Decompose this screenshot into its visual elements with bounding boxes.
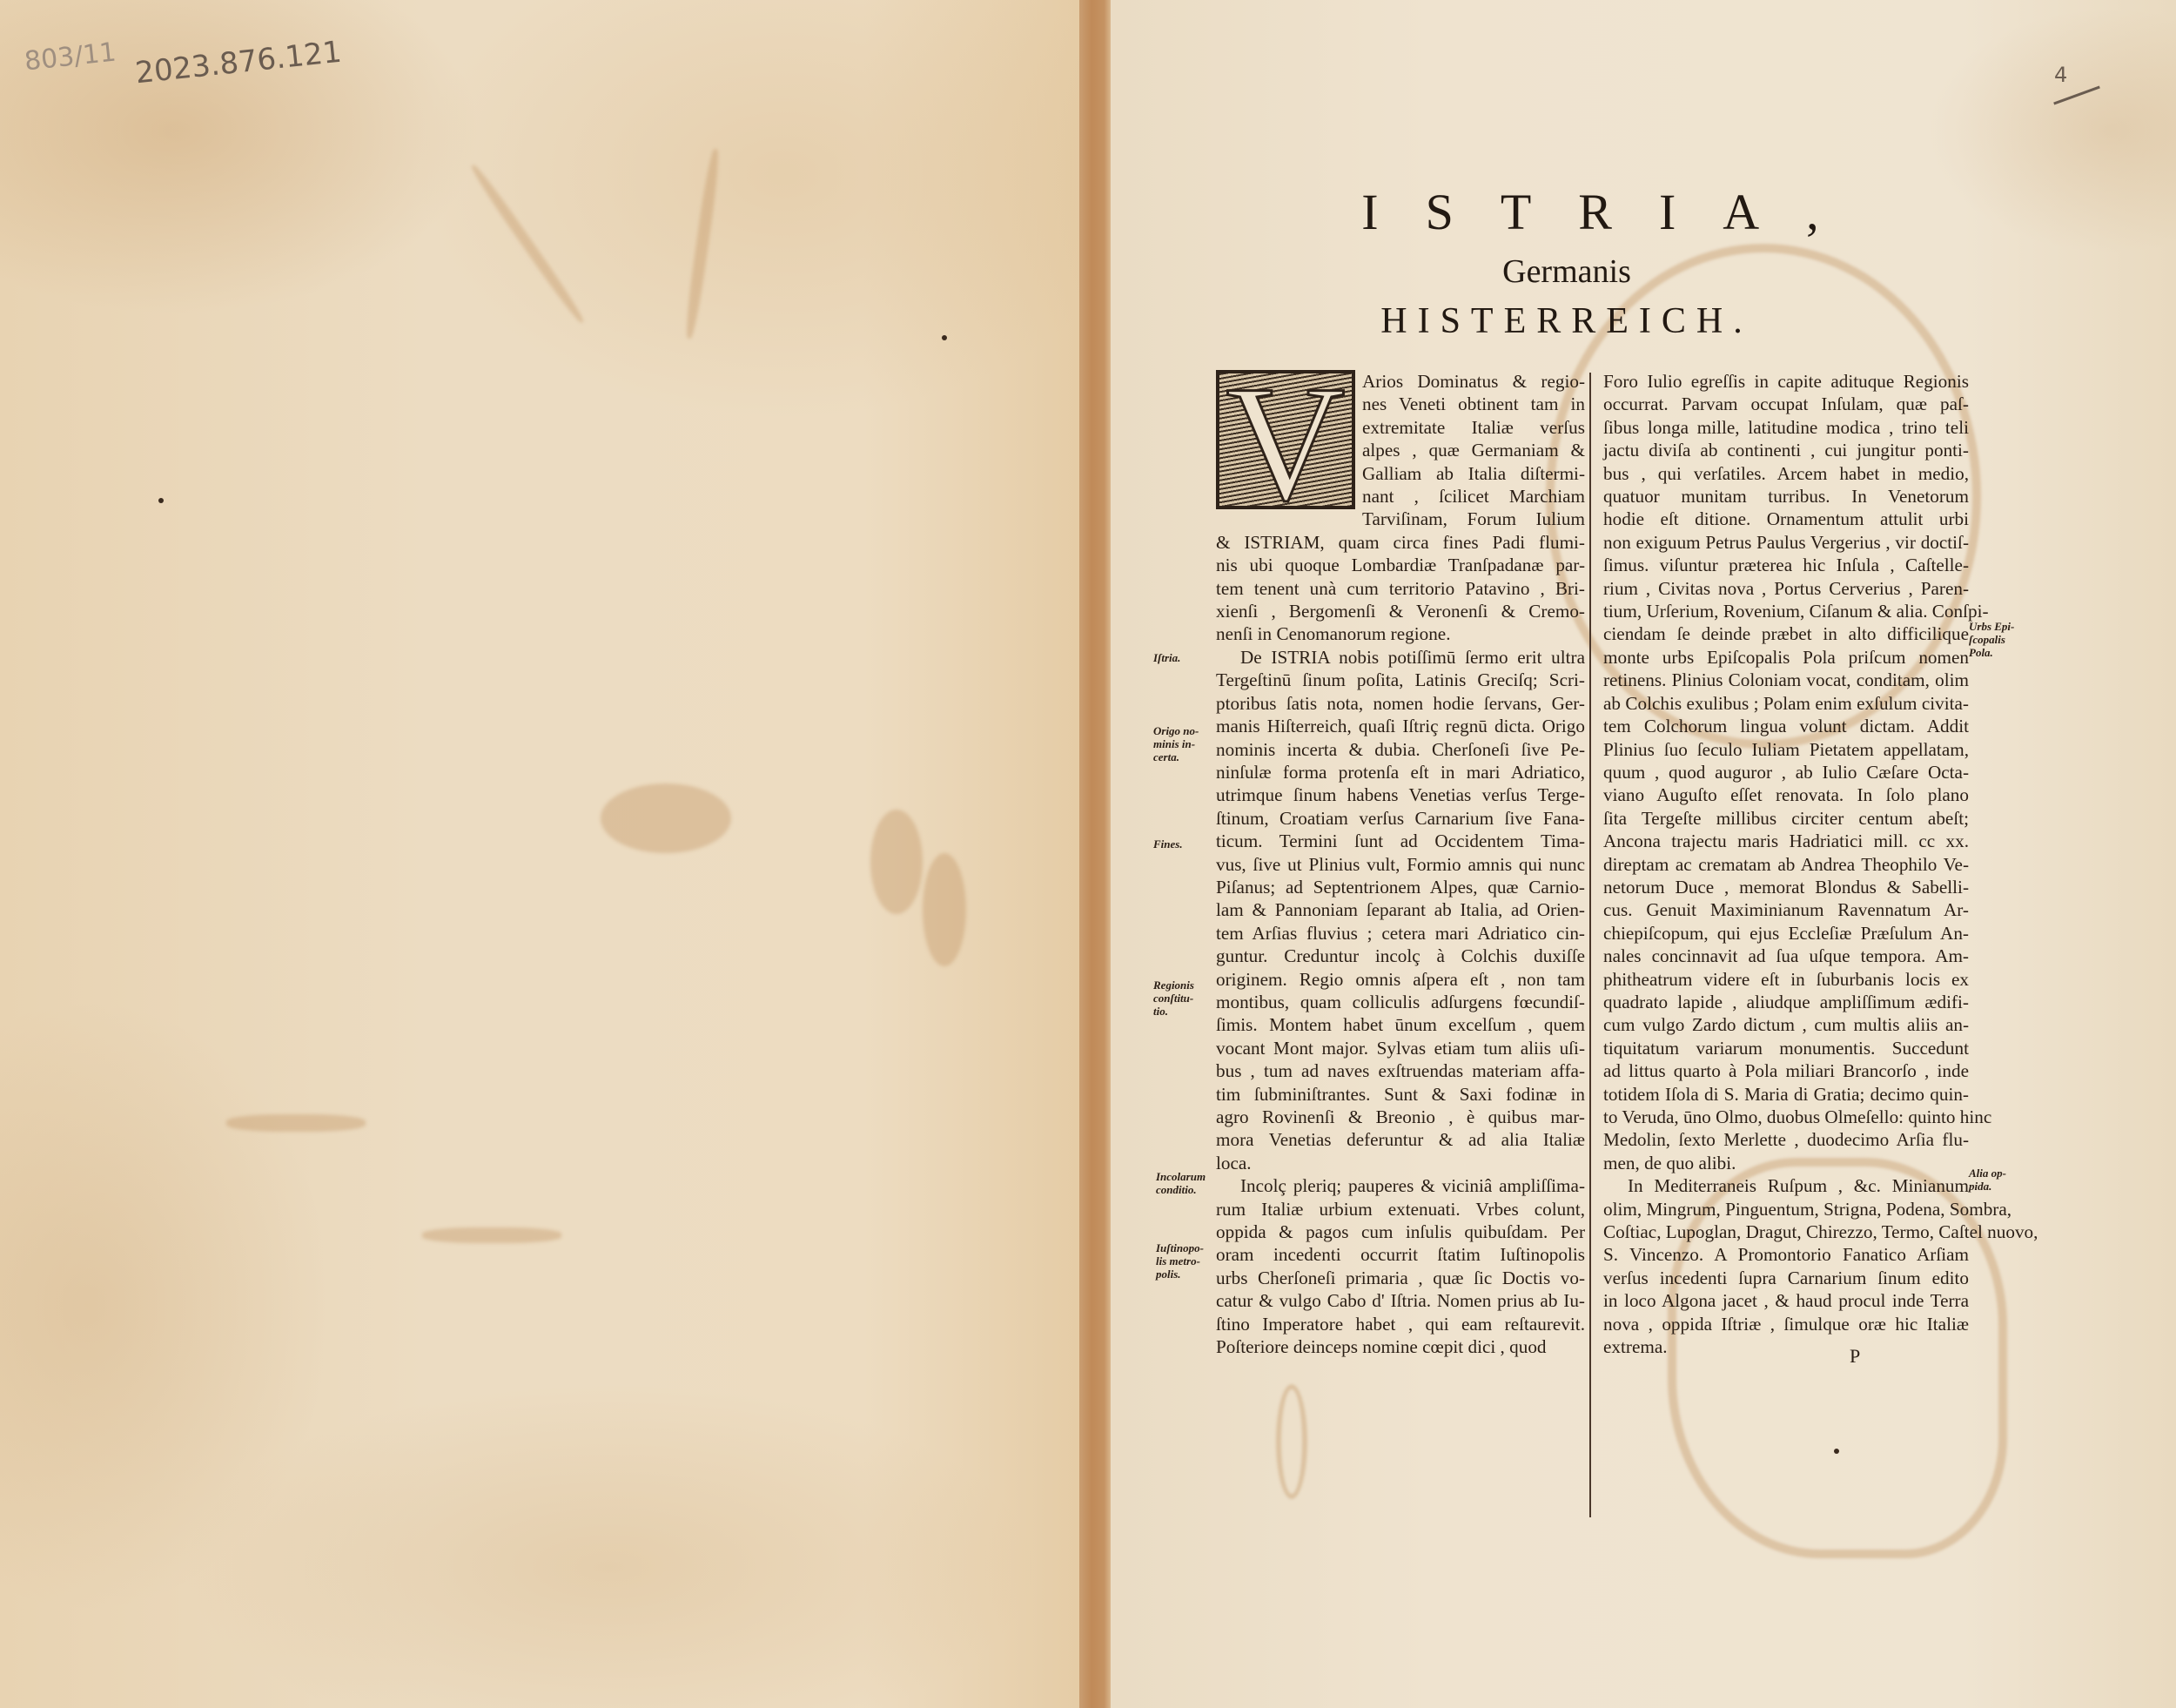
text-line: nova , oppida Iſtriæ , ſimulque oræ hic … <box>1603 1313 1969 1335</box>
text-line: ab Colchis exulibus ; Polam enim exſulum… <box>1603 692 1969 715</box>
decorated-initial: V <box>1216 370 1355 509</box>
text-line: catur & vulgo Cabo d' Iſtria. Nomen priu… <box>1216 1289 1585 1312</box>
text-line: men, de quo alibi. <box>1603 1152 1969 1174</box>
text-line: direptam ac crematam ab Andrea Theophilo… <box>1603 853 1969 876</box>
text-line: jactu diviſa ab continenti , cui jungitu… <box>1603 439 1969 461</box>
water-stain <box>870 810 923 914</box>
left-page-verso <box>0 0 1079 1708</box>
signature-mark: P <box>1850 1345 1860 1368</box>
text-line: mora Venetias deferuntur & ad alia Itali… <box>1216 1128 1585 1151</box>
folio-mark: 4 <box>2054 63 2067 87</box>
water-stain <box>683 148 722 340</box>
text-line: olim, Mingrum, Pinguentum, Strigna, Pode… <box>1603 1198 1969 1220</box>
text-line: monte urbs Epiſcopalis Pola priſcum nome… <box>1603 646 1969 669</box>
paragraph-iustinopolis-pola: Foro Iulio egreſſis in capite adituque R… <box>1603 370 1969 1174</box>
text-line: ad littus quarto à Pola miliari Brancorſ… <box>1603 1059 1969 1082</box>
text-line: quum , quod auguror , ab Iulio Cæſare Oc… <box>1603 761 1969 783</box>
column-divider <box>1589 373 1591 1517</box>
text-line: ſtinum, Croatiam verſus Carnarium ſive F… <box>1216 807 1585 830</box>
text-line: Ancona trajectu maris Hadriatici mill. c… <box>1603 830 1969 852</box>
text-line: bus , tum ad naves exſtruendas materiam … <box>1216 1059 1585 1082</box>
text-line: ſimis. Montem habet ūnum excelſum , quem <box>1216 1013 1585 1036</box>
text-line: to Veruda, ūno Olmo, duobus Olmeſello: q… <box>1603 1106 1969 1128</box>
text-line: rium , Civitas nova , Portus Cerverius ,… <box>1603 577 1969 600</box>
text-line: hodie eſt ditione. Ornamentum attulit ur… <box>1603 508 1969 530</box>
text-line: nales concinnavit ad ſua uſque tempora. … <box>1603 945 1969 967</box>
text-line: totidem Iſola di S. Maria di Gratia; dec… <box>1603 1083 1969 1106</box>
text-line: rum Italiæ urbium extenuati. Vrbes colun… <box>1216 1198 1585 1220</box>
page-subtitle: Germanis <box>1184 252 1950 291</box>
text-line: extrema. <box>1603 1335 1969 1358</box>
text-line: Piſanus; ad Septentrionem Alpes, quæ Car… <box>1216 876 1585 898</box>
binding-gutter <box>1079 0 1111 1708</box>
page-title: ISTRIA, <box>1184 183 1997 241</box>
page-alt-title: HISTERREICH. <box>1184 300 1950 342</box>
margin-note-line: conſtitu- <box>1153 992 1194 1005</box>
water-stain <box>468 162 587 325</box>
margin-note-line: Iuſtinopo- <box>1156 1241 1204 1254</box>
text-line: ſibus longa mille, latitudine modica , t… <box>1603 416 1969 439</box>
text-line: Medolin, ſexto Merlette , duodecimo Arſi… <box>1603 1128 1969 1151</box>
text-line: ciendam ſe deinde præbet in alto diffici… <box>1603 622 1969 645</box>
text-line: tem tenent unà cum territorio Patavino ,… <box>1216 577 1585 600</box>
margin-note-line: Iſtria. <box>1153 651 1180 664</box>
text-line: lam & Pannoniam ſeparant ab Italia, ad O… <box>1216 898 1585 921</box>
margin-note-line: certa. <box>1153 750 1199 763</box>
text-line: non exiguum Petrus Paulus Vergerius , vi… <box>1603 531 1969 554</box>
text-line: nenſi in Cenomanorum regione. <box>1216 622 1585 645</box>
text-line: Coſtiac, Lupoglan, Dragut, Chirezzo, Ter… <box>1603 1220 1969 1243</box>
text-line: De ISTRIA nobis potiſſimū ſermo erit ult… <box>1216 646 1585 669</box>
margin-note-line: ſcopalis <box>1969 633 2014 646</box>
text-line: xienſi , Bergomenſi & Veronenſi & Cremo- <box>1216 600 1585 622</box>
margin-note-line: Urbs Epi- <box>1969 620 2014 633</box>
dropcap-letter: V <box>1219 373 1352 506</box>
margin-note-regionis: Regionisconſtitu-tio. <box>1153 978 1194 1018</box>
text-line: Poſteriore deinceps nomine cœpit dici , … <box>1216 1335 1585 1358</box>
text-line: verſus incedenti ſupra Carnarium ſinum e… <box>1603 1267 1969 1289</box>
margin-note-iustinopolis: Iuſtinopo-lis metro-polis. <box>1156 1241 1204 1281</box>
margin-note-line: Alia op- <box>1969 1167 2006 1180</box>
water-stain <box>601 783 731 853</box>
text-line: Tergeſtinū ſinum poſita, Latinis Greciſq… <box>1216 669 1585 691</box>
left-text-column: V Arios Dominatus & regio- nes Veneti ob… <box>1216 370 1585 1358</box>
text-line: nominis incerta & dubia. Cherſoneſi ſive… <box>1216 738 1585 761</box>
text-line: vocant Mont major. Sylvas etiam tum alii… <box>1216 1037 1585 1059</box>
ink-speck <box>1834 1449 1839 1454</box>
margin-note-pola: Urbs Epi-ſcopalisPola. <box>1969 620 2014 659</box>
text-line: ſita Tergeſte millibus circiter centum a… <box>1603 807 1969 830</box>
text-line: viano Auguſto eſſet renovata. In ſolo pl… <box>1603 783 1969 806</box>
text-line: Foro Iulio egreſſis in capite adituque R… <box>1603 370 1969 393</box>
margin-note-line: minis in- <box>1153 737 1199 750</box>
text-line: vus, ſive ut Plinius vult, Formio amnis … <box>1216 853 1585 876</box>
text-line: In Mediterraneis Ruſpum , &c. Minianum <box>1603 1174 1969 1197</box>
margin-note-istria: Iſtria. <box>1153 651 1180 664</box>
margin-note-incolarum: Incolarumconditio. <box>1156 1170 1206 1196</box>
text-line: bus , qui verſatiles. Arcem habet in med… <box>1603 462 1969 485</box>
ink-speck <box>158 498 164 503</box>
text-line: cus. Genuit Maximinianum Ravennatum Ar- <box>1603 898 1969 921</box>
paragraph-incolae: Incolç pleriq; pauperes & viciniâ ampliſ… <box>1216 1174 1585 1358</box>
margin-note-line: Regionis <box>1153 978 1194 992</box>
margin-note-origo: Origo no-minis in-certa. <box>1153 724 1199 763</box>
text-line: ptoribus ſatis nota, nomen hodie ſervans… <box>1216 692 1585 715</box>
margin-note-line: lis metro- <box>1156 1254 1204 1268</box>
margin-note-line: tio. <box>1153 1005 1194 1018</box>
paragraph-de-istria: De ISTRIA nobis potiſſimū ſermo erit ult… <box>1216 646 1585 1174</box>
margin-note-alia: Alia op-pida. <box>1969 1167 2006 1193</box>
text-line: tium, Urſerium, Rovenium, Ciſanum & alia… <box>1603 600 1969 622</box>
text-line: Plinius ſuo ſeculo Iuliam Pietatem appel… <box>1603 738 1969 761</box>
margin-note-line: Pola. <box>1969 646 2014 659</box>
text-line: netorum Duce , memorat Blondus & Sabelli… <box>1603 876 1969 898</box>
text-line: montibus, quam colliculis adſurgens fœcu… <box>1216 991 1585 1013</box>
text-line: ninſulæ forma protenſa eſt in mari Adria… <box>1216 761 1585 783</box>
paragraph-mediterraneis: In Mediterraneis Ruſpum , &c. Minianumol… <box>1603 1174 1969 1358</box>
margin-note-fines: Fines. <box>1153 837 1183 851</box>
water-stain <box>1276 1384 1307 1499</box>
margin-note-line: conditio. <box>1156 1183 1206 1196</box>
text-line: retinens. Plinius Coloniam vocat, condit… <box>1603 669 1969 691</box>
margin-note-line: polis. <box>1156 1268 1204 1281</box>
text-line: quatuor munitam turribus. In Venetorum <box>1603 485 1969 508</box>
text-line: originem. Regio omnis aſpera eſt , non t… <box>1216 968 1585 991</box>
text-line: Incolç pleriq; pauperes & viciniâ ampliſ… <box>1216 1174 1585 1197</box>
margin-note-line: pida. <box>1969 1180 2006 1193</box>
ink-speck <box>942 335 947 340</box>
right-text-column: Foro Iulio egreſſis in capite adituque R… <box>1603 370 1969 1358</box>
text-line: nis ubi quoque Lombardiæ Tranſpadanæ par… <box>1216 554 1585 576</box>
water-stain <box>422 1227 561 1243</box>
margin-note-line: Origo no- <box>1153 724 1199 737</box>
text-line: tiquitatum variarum monumentis. Succedun… <box>1603 1037 1969 1059</box>
text-line: cum vulgo Zardo dictum , cum multis alii… <box>1603 1013 1969 1036</box>
text-line: tem Arſias fluvius ; cetera mari Adriati… <box>1216 922 1585 945</box>
text-line: phitheatrum videre eſt in ſuburbanis loc… <box>1603 968 1969 991</box>
text-line: manis Hiſterreich, quaſi Iſtriç regnū di… <box>1216 715 1585 737</box>
text-line: utrimque ſinum habens Venetias verſus Te… <box>1216 783 1585 806</box>
text-line: guntur. Creduntur incolç à Colchis duxiſ… <box>1216 945 1585 967</box>
water-stain <box>226 1114 366 1132</box>
margin-note-line: Incolarum <box>1156 1170 1206 1183</box>
text-line: agro Rovinenſi & Breonio , è quibus mar- <box>1216 1106 1585 1128</box>
text-line: occurrat. Parvam occupat Inſulam, quæ pa… <box>1603 393 1969 415</box>
text-line: in loco Algona jacet , & haud procul ind… <box>1603 1289 1969 1312</box>
water-stain <box>923 853 966 966</box>
text-line: loca. <box>1216 1152 1585 1174</box>
text-line: urbs Cherſoneſi primaria , quæ ſic Docti… <box>1216 1267 1585 1289</box>
text-line: oppida & pagos cum inſulis quibuſdam. Pe… <box>1216 1220 1585 1243</box>
margin-note-line: Fines. <box>1153 837 1183 851</box>
text-line: tim ſubminiſtrantes. Sunt & Saxi fodinæ … <box>1216 1083 1585 1106</box>
text-line: ticum. Termini ſunt ad Occidentem Tima- <box>1216 830 1585 852</box>
text-line: ſtino Imperatore habet , qui eam reſtaur… <box>1216 1313 1585 1335</box>
text-line: S. Vincenzo. A Promontorio Fanatico Arſi… <box>1603 1243 1969 1266</box>
text-line: quadrato lapide , aliudque ampliſſimum æ… <box>1603 991 1969 1013</box>
text-line: chiepiſcopum, qui ejus Eccleſiæ Præſulum… <box>1603 922 1969 945</box>
text-line: tem Colchorum lingua volunt dictam. Addi… <box>1603 715 1969 737</box>
text-line: oram incedenti occurrit ſtatim Iuſtinopo… <box>1216 1243 1585 1266</box>
text-line: ſimus. viſuntur præterea hic Inſula , Ca… <box>1603 554 1969 576</box>
